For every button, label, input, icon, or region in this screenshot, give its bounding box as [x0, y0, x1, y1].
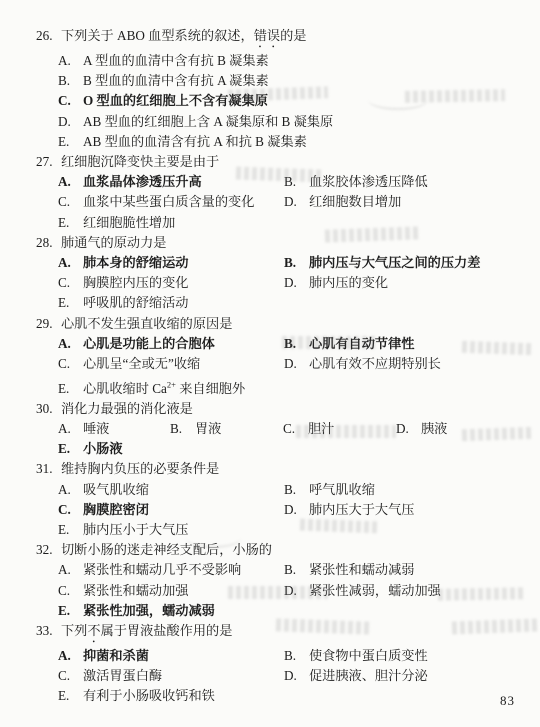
- option-D: D.肺内压大于大气压: [284, 500, 540, 520]
- question-number: 30.: [36, 399, 61, 419]
- option-B: B.血浆胶体渗透压降低: [284, 172, 540, 192]
- option-label: B.: [284, 172, 309, 192]
- option-D: D.肺内压的变化: [284, 273, 540, 293]
- option-A: A.抑菌和杀菌: [58, 646, 284, 666]
- option-text: 胸膜腔内压的变化: [83, 275, 189, 290]
- option-text: 肺内压小于大气压: [83, 522, 189, 537]
- option-A: A.唾液: [58, 419, 170, 439]
- option-label: E.: [58, 601, 83, 621]
- option-label: E.: [58, 132, 83, 152]
- question-head: 27.红细胞沉降变快主要是由于: [0, 152, 540, 172]
- question-number: 33.: [36, 621, 61, 646]
- page-number: 83: [500, 693, 515, 709]
- option-text: 小肠液: [83, 441, 123, 456]
- option-label: D.: [284, 354, 309, 374]
- option-D: D.胰液: [396, 419, 540, 439]
- question-head: 26.下列关于 ABO 血型系统的叙述，错误的是: [0, 26, 540, 51]
- option-text: 心肌收缩时 Ca2+ 来自细胞外: [83, 381, 245, 396]
- option-text: 呼气肌收缩: [309, 482, 375, 497]
- question-stem: 切断小肠的迷走神经支配后，小肠的: [61, 540, 272, 560]
- question-30: 30.消化力最强的消化液是A.唾液B.胃液C.胆汁D.胰液E.小肠液: [0, 399, 540, 460]
- option-D: D.紧张性减弱，蠕动加强: [284, 581, 540, 601]
- option-grid: A.A 型血的血清中含有抗 B 凝集素B.B 型血的血清中含有抗 A 凝集素C.…: [0, 51, 540, 152]
- option-C: C.胸膜腔内压的变化: [58, 273, 284, 293]
- option-label: B.: [284, 253, 309, 273]
- option-text: 心肌是功能上的合胞体: [83, 336, 215, 351]
- option-grid: A.唾液B.胃液C.胆汁D.胰液E.小肠液: [0, 419, 540, 459]
- option-text: O 型血的红细胞上不含有凝集原: [83, 93, 268, 108]
- option-text: 紧张性和蠕动几乎不受影响: [83, 562, 241, 577]
- question-stem: 下列不属于胃液盐酸作用的是: [61, 621, 232, 646]
- question-stem: 维持胸内负压的必要条件是: [61, 459, 219, 479]
- option-label: C.: [58, 500, 83, 520]
- option-label: B.: [170, 419, 195, 439]
- option-label: C.: [58, 91, 83, 111]
- option-label: C.: [58, 666, 83, 686]
- option-label: A.: [58, 172, 83, 192]
- option-text: 胰液: [421, 421, 447, 436]
- option-D: D.促进胰液、胆汁分泌: [284, 666, 540, 686]
- option-label: E.: [58, 379, 83, 399]
- question-head: 29.心肌不发生强直收缩的原因是: [0, 314, 540, 334]
- option-label: D.: [284, 273, 309, 293]
- option-text: 激活胃蛋白酶: [83, 668, 162, 683]
- question-32: 32.切断小肠的迷走神经支配后，小肠的A.紧张性和蠕动几乎不受影响B.紧张性和蠕…: [0, 540, 540, 621]
- question-27: 27.红细胞沉降变快主要是由于A.血浆晶体渗透压升高B.血浆胶体渗透压降低C.血…: [0, 152, 540, 233]
- option-grid: A.心肌是功能上的合胞体B.心肌有自动节律性C.心肌呈“全或无”收缩D.心肌有效…: [0, 334, 540, 399]
- option-A: A.A 型血的血清中含有抗 B 凝集素: [58, 51, 540, 71]
- option-label: C.: [58, 192, 83, 212]
- question-stem: 心肌不发生强直收缩的原因是: [61, 314, 232, 334]
- question-head: 32.切断小肠的迷走神经支配后，小肠的: [0, 540, 540, 560]
- option-B: B.呼气肌收缩: [284, 480, 540, 500]
- question-31: 31.维持胸内负压的必要条件是A.吸气肌收缩B.呼气肌收缩C.胸膜腔密闭D.肺内…: [0, 459, 540, 540]
- option-text: 胃液: [195, 421, 221, 436]
- option-A: A.吸气肌收缩: [58, 480, 284, 500]
- option-text: 血浆中某些蛋白质含量的变化: [83, 194, 254, 209]
- question-stem: 下列关于 ABO 血型系统的叙述，错误的是: [61, 26, 306, 51]
- option-grid: A.紧张性和蠕动几乎不受影响B.紧张性和蠕动减弱C.紧张性和蠕动加强D.紧张性减…: [0, 560, 540, 621]
- option-E: E.紧张性加强，蠕动减弱: [58, 601, 284, 621]
- option-label: E.: [58, 293, 83, 313]
- option-label: B.: [284, 480, 309, 500]
- option-C: C.紧张性和蠕动加强: [58, 581, 284, 601]
- option-text: 吸气肌收缩: [83, 482, 149, 497]
- option-text: 肺本身的舒缩运动: [83, 255, 189, 270]
- option-E: E.心肌收缩时 Ca2+ 来自细胞外: [58, 374, 284, 399]
- option-label: A.: [58, 334, 83, 354]
- option-text: 红细胞数目增加: [309, 194, 401, 209]
- option-label: A.: [58, 419, 83, 439]
- option-C: C.心肌呈“全或无”收缩: [58, 354, 284, 374]
- option-D: D.心肌有效不应期特别长: [284, 354, 540, 374]
- option-text: B 型血的血清中含有抗 A 凝集素: [83, 73, 269, 88]
- option-text: A 型血的血清中含有抗 B 凝集素: [83, 53, 269, 68]
- option-label: B.: [284, 334, 309, 354]
- option-label: D.: [284, 581, 309, 601]
- option-C: C.胆汁: [283, 419, 396, 439]
- option-C: C.O 型血的红细胞上不含有凝集原: [58, 91, 540, 111]
- option-text: 紧张性和蠕动加强: [83, 583, 189, 598]
- option-label: E.: [58, 439, 83, 459]
- question-head: 33.下列不属于胃液盐酸作用的是: [0, 621, 540, 646]
- option-text: 肺内压与大气压之间的压力差: [309, 255, 480, 270]
- option-grid: A.吸气肌收缩B.呼气肌收缩C.胸膜腔密闭D.肺内压大于大气压E.肺内压小于大气…: [0, 480, 540, 541]
- question-33: 33.下列不属于胃液盐酸作用的是A.抑菌和杀菌B.使食物中蛋白质变性C.激活胃蛋…: [0, 621, 540, 707]
- question-head: 30.消化力最强的消化液是: [0, 399, 540, 419]
- option-text: 使食物中蛋白质变性: [309, 648, 428, 663]
- option-label: E.: [58, 520, 83, 540]
- option-text: 紧张性减弱，蠕动加强: [309, 583, 441, 598]
- option-A: A.紧张性和蠕动几乎不受影响: [58, 560, 284, 580]
- option-text: AB 型血的红细胞上含 A 凝集原和 B 凝集原: [83, 114, 333, 129]
- question-list: 26.下列关于 ABO 血型系统的叙述，错误的是A.A 型血的血清中含有抗 B …: [0, 26, 540, 707]
- option-text: 心肌有效不应期特别长: [309, 356, 441, 371]
- option-text: 心肌有自动节律性: [309, 336, 415, 351]
- option-label: B.: [284, 646, 309, 666]
- option-text: AB 型血的血清含有抗 A 和抗 B 凝集素: [83, 134, 307, 149]
- question-stem: 肺通气的原动力是: [61, 233, 167, 253]
- option-label: D.: [284, 192, 309, 212]
- option-text: 唾液: [83, 421, 109, 436]
- option-E: E.呼吸肌的舒缩活动: [58, 293, 284, 313]
- option-A: A.肺本身的舒缩运动: [58, 253, 284, 273]
- option-label: D.: [396, 419, 421, 439]
- option-label: E.: [58, 686, 83, 706]
- option-label: D.: [284, 666, 309, 686]
- option-label: A.: [58, 560, 83, 580]
- option-text: 呼吸肌的舒缩活动: [83, 295, 189, 310]
- option-text: 心肌呈“全或无”收缩: [83, 356, 200, 371]
- question-number: 26.: [36, 26, 61, 51]
- option-text: 血浆晶体渗透压升高: [83, 174, 202, 189]
- option-D: D.红细胞数目增加: [284, 192, 540, 212]
- option-C: C.激活胃蛋白酶: [58, 666, 284, 686]
- option-text: 肺内压的变化: [309, 275, 388, 290]
- question-number: 27.: [36, 152, 61, 172]
- question-number: 29.: [36, 314, 61, 334]
- question-26: 26.下列关于 ABO 血型系统的叙述，错误的是A.A 型血的血清中含有抗 B …: [0, 26, 540, 152]
- option-grid: A.肺本身的舒缩运动B.肺内压与大气压之间的压力差C.胸膜腔内压的变化D.肺内压…: [0, 253, 540, 314]
- option-text: 紧张性和蠕动减弱: [309, 562, 415, 577]
- option-E: E.肺内压小于大气压: [58, 520, 284, 540]
- question-head: 31.维持胸内负压的必要条件是: [0, 459, 540, 479]
- option-B: B.肺内压与大气压之间的压力差: [284, 253, 540, 273]
- option-C: C.胸膜腔密闭: [58, 500, 284, 520]
- option-A: A.血浆晶体渗透压升高: [58, 172, 284, 192]
- option-E: E.小肠液: [58, 439, 170, 459]
- option-B: B.胃液: [170, 419, 283, 439]
- exam-page: 26.下列关于 ABO 血型系统的叙述，错误的是A.A 型血的血清中含有抗 B …: [0, 0, 540, 727]
- option-grid: A.血浆晶体渗透压升高B.血浆胶体渗透压降低C.血浆中某些蛋白质含量的变化D.红…: [0, 172, 540, 233]
- option-label: A.: [58, 51, 83, 71]
- option-label: C.: [283, 419, 308, 439]
- option-E: E.AB 型血的血清含有抗 A 和抗 B 凝集素: [58, 132, 540, 152]
- option-D: D.AB 型血的红细胞上含 A 凝集原和 B 凝集原: [58, 112, 540, 132]
- option-label: C.: [58, 273, 83, 293]
- option-label: A.: [58, 646, 83, 666]
- option-label: D.: [284, 500, 309, 520]
- option-E: E.有利于小肠吸收钙和铁: [58, 686, 284, 706]
- option-label: B.: [58, 71, 83, 91]
- option-B: B.心肌有自动节律性: [284, 334, 540, 354]
- question-29: 29.心肌不发生强直收缩的原因是A.心肌是功能上的合胞体B.心肌有自动节律性C.…: [0, 314, 540, 399]
- question-28: 28.肺通气的原动力是A.肺本身的舒缩运动B.肺内压与大气压之间的压力差C.胸膜…: [0, 233, 540, 314]
- question-head: 28.肺通气的原动力是: [0, 233, 540, 253]
- option-text: 胆汁: [308, 421, 334, 436]
- question-number: 31.: [36, 459, 61, 479]
- question-stem: 消化力最强的消化液是: [61, 399, 193, 419]
- option-label: C.: [58, 354, 83, 374]
- option-text: 紧张性加强，蠕动减弱: [83, 603, 215, 618]
- option-A: A.心肌是功能上的合胞体: [58, 334, 284, 354]
- option-label: C.: [58, 581, 83, 601]
- option-E: E.红细胞脆性增加: [58, 213, 284, 233]
- option-text: 促进胰液、胆汁分泌: [309, 668, 428, 683]
- option-grid: A.抑菌和杀菌B.使食物中蛋白质变性C.激活胃蛋白酶D.促进胰液、胆汁分泌E.有…: [0, 646, 540, 707]
- option-label: A.: [58, 253, 83, 273]
- question-stem: 红细胞沉降变快主要是由于: [61, 152, 219, 172]
- option-text: 肺内压大于大气压: [309, 502, 415, 517]
- option-label: B.: [284, 560, 309, 580]
- option-text: 胸膜腔密闭: [83, 502, 149, 517]
- option-text: 血浆胶体渗透压降低: [309, 174, 428, 189]
- option-label: A.: [58, 480, 83, 500]
- option-label: E.: [58, 213, 83, 233]
- option-label: D.: [58, 112, 83, 132]
- option-text: 抑菌和杀菌: [83, 648, 149, 663]
- option-B: B.紧张性和蠕动减弱: [284, 560, 540, 580]
- option-B: B.B 型血的血清中含有抗 A 凝集素: [58, 71, 540, 91]
- question-number: 28.: [36, 233, 61, 253]
- question-number: 32.: [36, 540, 61, 560]
- option-B: B.使食物中蛋白质变性: [284, 646, 540, 666]
- option-text: 有利于小肠吸收钙和铁: [83, 688, 215, 703]
- option-C: C.血浆中某些蛋白质含量的变化: [58, 192, 284, 212]
- option-text: 红细胞脆性增加: [83, 215, 175, 230]
